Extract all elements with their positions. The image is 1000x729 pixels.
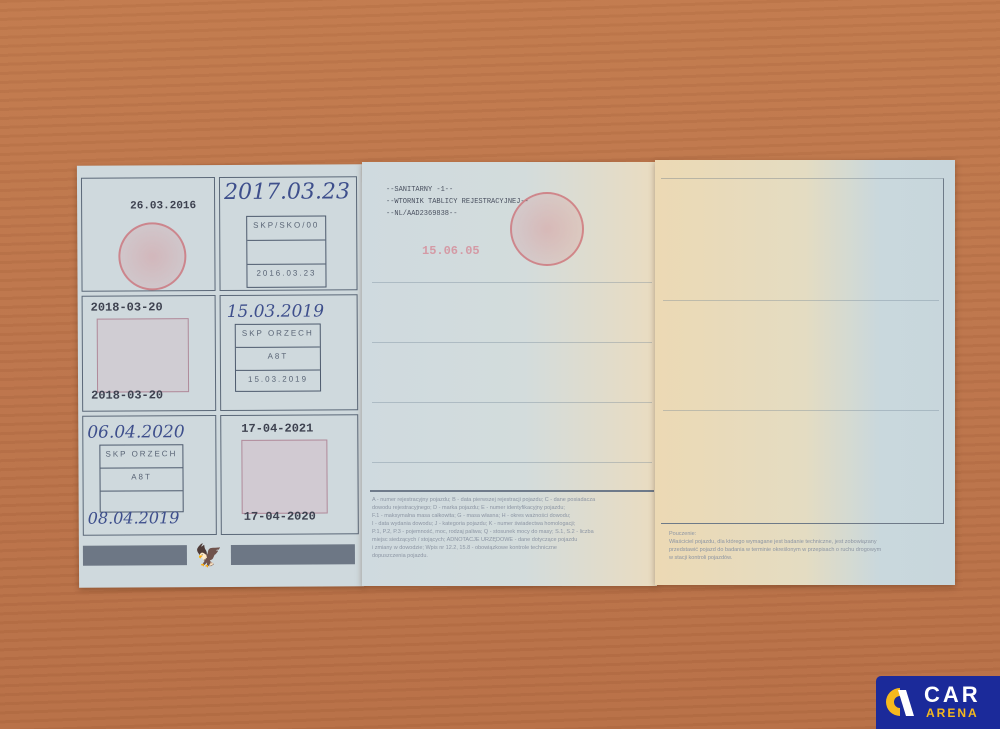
notice-line: w stacji kontroli pojazdów.	[669, 554, 949, 562]
stamp-line: A8T	[100, 468, 182, 491]
inspection-stamp: SKP ORZECH A8T	[99, 444, 183, 512]
inspection-stamp	[97, 318, 189, 392]
handwritten-date-bottom: 08.04.2019	[88, 508, 180, 527]
annotation-line: --SANITARNY -1--	[386, 184, 529, 196]
inspection-stamp: SKP ORZECH A8T 15.03.2019	[235, 323, 321, 391]
footnote-line: miejsc siedzących / stojących; ADNOTACJE…	[372, 536, 652, 544]
stamp-line: SKP ORZECH	[100, 445, 182, 468]
inspection-cell: 26.03.2016	[81, 177, 216, 292]
typed-date: 26.03.2016	[130, 200, 196, 212]
stamp-line: SKP/SKO/00	[247, 216, 325, 241]
stamp-line	[247, 241, 325, 266]
footnote-line: F.1 - maksymalna masa całkowita; G - mas…	[372, 512, 652, 520]
footnote-line: i zmiany w dowodzie; Wpis nr 12.2, 15.8 …	[372, 544, 652, 552]
footnote-line: I - data wydania dowodu; J - kategoria p…	[372, 520, 652, 528]
inspection-cell: 2018-03-20 2018-03-20	[82, 295, 217, 412]
inspection-cell: 06.04.2020 SKP ORZECH A8T 08.04.2019	[82, 415, 217, 536]
ruled-line	[372, 342, 652, 343]
typed-date-bottom: 17-04-2020	[244, 510, 316, 524]
handwritten-date: 15.03.2019	[227, 301, 324, 322]
car-arena-logo: CAR ARENA	[876, 676, 1000, 729]
handwritten-date: 2017.03.23	[224, 179, 350, 205]
logo-text-arena: ARENA	[926, 706, 979, 720]
divider	[370, 490, 654, 492]
decorative-band	[83, 545, 187, 566]
inspection-cell: 17-04-2021 17-04-2020	[220, 414, 359, 535]
document-middle-page: --SANITARNY -1-- --WTORNIK TABLICY REJES…	[362, 162, 657, 586]
annotation-line: --WTORNIK TABLICY REJESTRACYJNEJ--	[386, 196, 529, 208]
official-seal	[118, 222, 186, 290]
inspection-cell: 15.03.2019 SKP ORZECH A8T 15.03.2019	[220, 294, 359, 411]
inspection-stamp: SKP/SKO/00 2016.03.23	[246, 215, 326, 287]
polish-eagle-icon: 🦅	[195, 541, 223, 571]
annotation-frame	[661, 178, 944, 524]
notice-text: Pouczenie: Właściciel pojazdu, dla które…	[669, 530, 949, 562]
stamp-line: 2016.03.23	[247, 265, 325, 289]
footnote-line: dopuszczenia pojazdu.	[372, 552, 652, 560]
document-right-page: Pouczenie: Właściciel pojazdu, dla które…	[655, 160, 955, 585]
notice-title: Pouczenie:	[669, 530, 949, 538]
inspection-stamp	[241, 439, 327, 513]
red-stamp-date: 15.06.05	[422, 244, 480, 258]
typed-date-bottom: 2018-03-20	[91, 388, 163, 402]
typed-date: 17-04-2021	[241, 422, 313, 436]
logo-text-car: CAR	[924, 682, 981, 708]
typed-date: 2018-03-20	[91, 300, 163, 314]
stamp-line: A8T	[236, 347, 320, 370]
decorative-band	[231, 544, 355, 565]
footnote-legend: A - numer rejestracyjny pojazdu; B - dat…	[372, 496, 652, 560]
notice-line: Właściciel pojazdu, dla którego wymagane…	[669, 538, 949, 546]
official-annotations: --SANITARNY -1-- --WTORNIK TABLICY REJES…	[386, 184, 529, 220]
footnote-line: A - numer rejestracyjny pojazdu; B - dat…	[372, 496, 652, 504]
footnote-line: P.1, P.2, P.3 - pojemność, moc, rodzaj p…	[372, 528, 652, 536]
car-arena-logo-icon	[886, 686, 914, 718]
notice-line: przedstawić pojazd do badania w terminie…	[669, 546, 949, 554]
stamp-line: 15.03.2019	[236, 370, 320, 392]
ruled-line	[372, 402, 652, 403]
ruled-line	[372, 282, 652, 283]
inspection-cell: 2017.03.23 SKP/SKO/00 2016.03.23	[219, 176, 358, 291]
official-seal	[510, 192, 584, 266]
footnote-line: dowodu rejestracyjnego; D - marka pojazd…	[372, 504, 652, 512]
ruled-line	[663, 410, 939, 411]
ruled-line	[663, 300, 939, 301]
annotation-line: --NL/AAD2369838--	[386, 208, 529, 220]
ruled-line	[372, 462, 652, 463]
handwritten-date: 06.04.2020	[87, 422, 184, 443]
stamp-line: SKP ORZECH	[236, 324, 320, 347]
document-left-page: 26.03.2016 2017.03.23 SKP/SKO/00 2016.03…	[77, 164, 364, 587]
